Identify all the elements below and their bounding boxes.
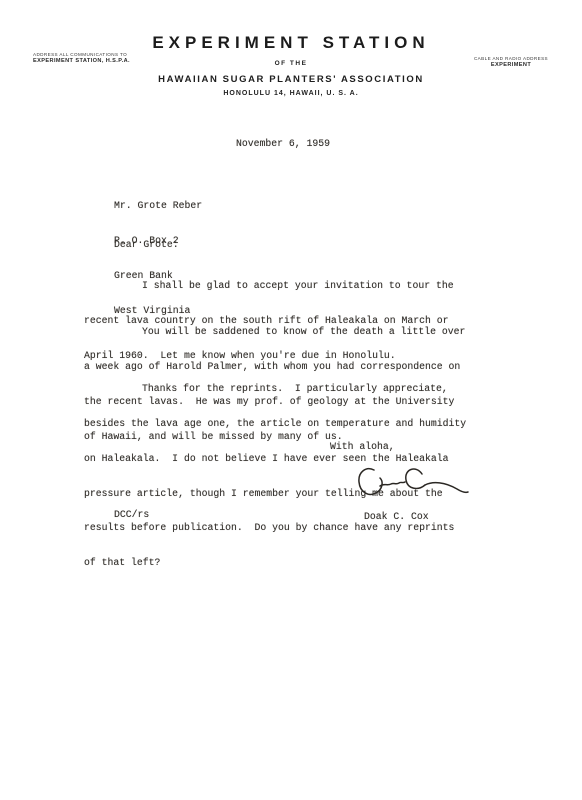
body-line: Thanks for the reprints. I particularly …	[84, 383, 466, 395]
letterhead-right-note-line1: CABLE AND RADIO ADDRESS	[452, 55, 570, 62]
body-line: on Haleakala. I do not believe I have ev…	[84, 453, 466, 465]
letterhead-organization: HAWAIIAN SUGAR PLANTERS' ASSOCIATION	[0, 74, 582, 85]
letterhead-right-note-line2: EXPERIMENT	[452, 62, 570, 69]
body-line: I shall be glad to accept your invitatio…	[84, 280, 454, 292]
closing: With aloha,	[330, 441, 395, 453]
body-line: besides the lava age one, the article on…	[84, 418, 466, 430]
recipient-line: Mr. Grote Reber	[114, 200, 202, 212]
signature-typed-name: Doak C. Cox	[364, 511, 429, 523]
letterhead-right-note: CABLE AND RADIO ADDRESS EXPERIMENT	[452, 55, 570, 69]
letterhead-title: EXPERIMENT STATION	[0, 33, 582, 53]
body-line: results before publication. Do you by ch…	[84, 522, 466, 534]
reference-initials: DCC/rs	[114, 509, 149, 521]
salutation: Dear Grote:	[114, 239, 179, 251]
date-line: November 6, 1959	[236, 138, 330, 150]
signature-script-icon	[352, 464, 472, 512]
letter-page: ADDRESS ALL COMMUNICATIONS TO EXPERIMENT…	[0, 0, 582, 800]
body-line: of that left?	[84, 557, 466, 569]
signature	[352, 464, 472, 512]
letterhead-city-line: HONOLULU 14, HAWAII, U. S. A.	[0, 90, 582, 97]
body-line: You will be saddened to know of the deat…	[84, 326, 465, 338]
